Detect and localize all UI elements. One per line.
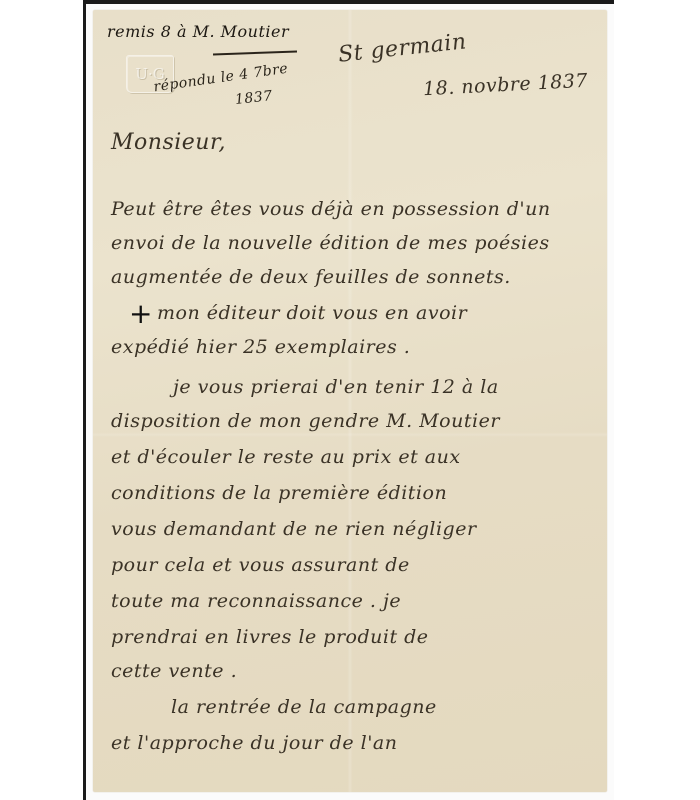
underline-rule bbox=[213, 51, 297, 56]
body-line: conditions de la première édition bbox=[111, 482, 447, 504]
body-line: je vous prierai d'en tenir 12 à la bbox=[173, 376, 499, 398]
body-line: cette vente . bbox=[111, 660, 237, 682]
letter-date: 18. novbre 1837 bbox=[423, 70, 589, 101]
insertion-mark-icon: + bbox=[129, 300, 152, 328]
letter-place: St germain bbox=[337, 29, 468, 67]
body-line: toute ma reconnaissance . je bbox=[111, 590, 401, 612]
top-left-note: remis 8 à M. Moutier bbox=[107, 22, 289, 41]
body-line: envoi de la nouvelle édition de mes poés… bbox=[111, 232, 550, 254]
letter-page: U·G remis 8 à M. Moutier répondu le 4 7b… bbox=[93, 10, 607, 792]
body-line: Peut être êtes vous déjà en possession d… bbox=[111, 198, 551, 220]
body-line: et l'approche du jour de l'an bbox=[111, 732, 398, 754]
body-line: pour cela et vous assurant de bbox=[111, 554, 410, 576]
body-line: et d'écouler le reste au prix et aux bbox=[111, 446, 461, 468]
body-line: la rentrée de la campagne bbox=[171, 696, 437, 718]
margin-note-year: 1837 bbox=[234, 88, 273, 108]
body-line: augmentée de deux feuilles de sonnets. bbox=[111, 266, 511, 288]
salutation: Monsieur, bbox=[111, 130, 226, 155]
body-line: disposition de mon gendre M. Moutier bbox=[111, 410, 500, 432]
body-line: vous demandant de ne rien négliger bbox=[111, 518, 477, 540]
body-line: prendrai en livres le produit de bbox=[111, 626, 429, 648]
body-line: expédié hier 25 exemplaires . bbox=[111, 336, 410, 358]
body-line: mon éditeur doit vous en avoir bbox=[157, 302, 467, 324]
